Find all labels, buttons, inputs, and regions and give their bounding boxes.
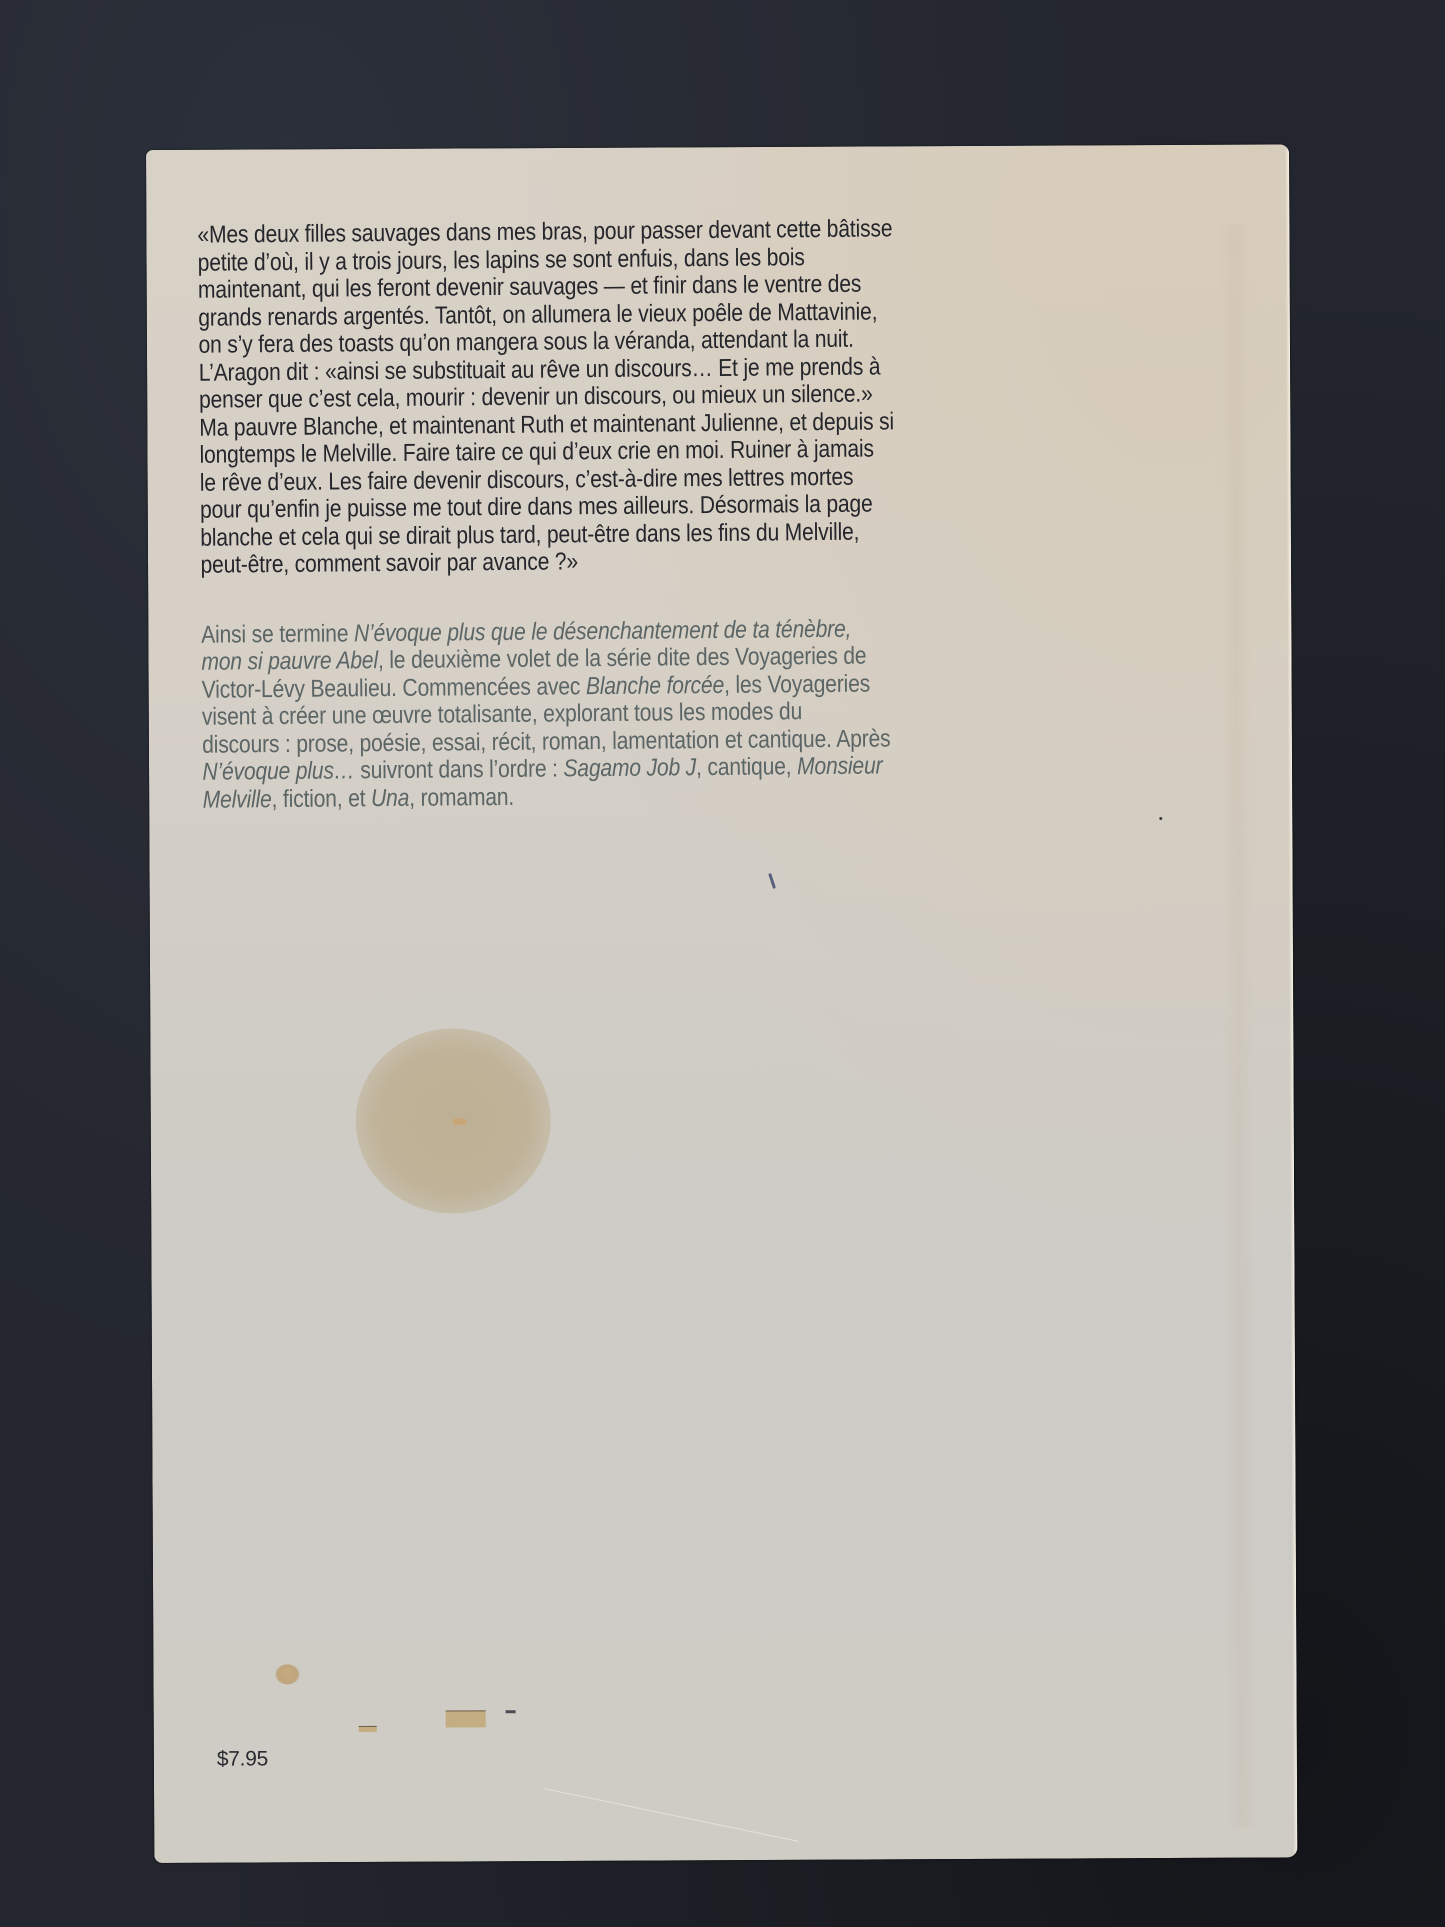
speck: [1159, 817, 1162, 820]
paper-crease: [544, 1788, 799, 1842]
blurb-text: Victor-Lévy Beaulieu. Commencées avec: [202, 673, 586, 704]
blurb-text: , le deuxième volet de la série dite des…: [378, 643, 867, 675]
paper-edge-shading: [1219, 225, 1257, 1828]
price-label: $7.95: [217, 1747, 268, 1771]
book-title-italic: mon si pauvre Abel: [201, 647, 378, 676]
series-description: Ainsi se termine N’évoque plus que le dé…: [201, 612, 1223, 814]
stain-spot: [453, 1118, 467, 1124]
book-title-italic: Melville: [203, 786, 272, 814]
blurb-text: Ainsi se termine: [201, 620, 354, 648]
blurb-text: , cantique,: [696, 753, 797, 781]
book-title-italic: Monsieur: [797, 752, 883, 780]
excerpt-quote: «Mes deux filles sauvages dans mes bras,…: [197, 212, 1220, 579]
cover-text-block: «Mes deux filles sauvages dans mes bras,…: [197, 212, 1222, 813]
book-title-italic: N’évoque plus…: [202, 757, 354, 785]
paper-damage-spot: [275, 1664, 299, 1684]
blurb-text: , romaman.: [409, 783, 514, 811]
blurb-text: , les Voyageries: [724, 670, 870, 698]
book-back-cover: «Mes deux filles sauvages dans mes bras,…: [146, 144, 1297, 1863]
paper-damage-spot: [506, 1710, 516, 1713]
book-title-italic: Una: [371, 784, 409, 811]
paper-damage-spot: [446, 1710, 486, 1727]
book-title-italic: Blanche forcée: [586, 671, 724, 699]
book-title-italic: N’évoque plus que le désenchantement de …: [354, 615, 852, 647]
blurb-text: suivront dans l’ordre :: [355, 755, 564, 784]
book-title-italic: Sagamo Job J: [563, 754, 696, 782]
paper-damage-spot: [359, 1726, 377, 1732]
blurb-text: , fiction, et: [271, 785, 371, 813]
ink-mark: [768, 873, 776, 889]
